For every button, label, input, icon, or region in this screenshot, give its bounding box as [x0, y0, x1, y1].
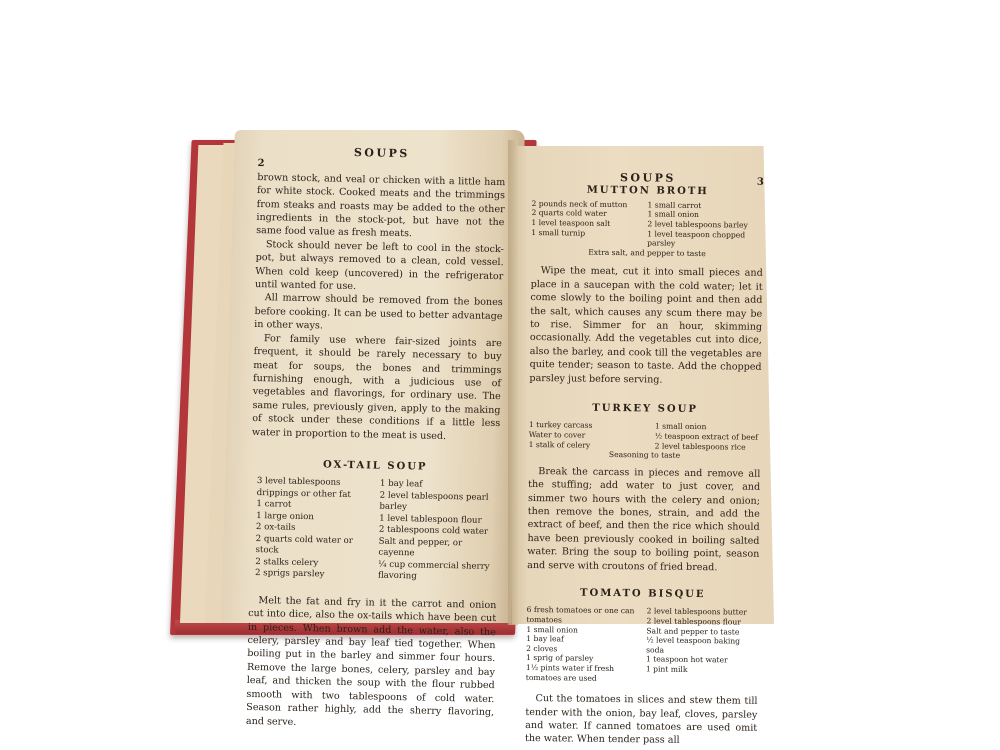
paragraph: Stock should never be left to cool in th… — [255, 238, 504, 297]
ingredient-item: 1½ pints water if fresh tomatoes are use… — [526, 663, 638, 684]
ingredients-column: 3 level tablespoons drippings or other f… — [255, 476, 370, 582]
ingredients-column: 1 turkey carcassWater to cover1 stalk of… — [529, 420, 635, 450]
ingredients-column: 1 bay leaf2 level tablespoons pearl barl… — [368, 479, 493, 585]
directions: Wipe the meat, cut it into small pieces … — [529, 264, 762, 387]
ingredient-list: 6 fresh tomatoes or one can tomatoes1 sm… — [526, 605, 759, 685]
ingredient-item: 3 level tablespoons drippings or other f… — [257, 476, 370, 501]
ingredient-list: 2 pounds neck of mutton2 quarts cold wat… — [531, 199, 764, 250]
running-head: SOUPS — [532, 170, 764, 186]
recipe-title: OX-TAIL SOUP — [251, 457, 499, 476]
ingredient-item: 1 level teaspoon chopped parsley — [647, 229, 763, 250]
ingredient-item: 2 quarts cold water or stock — [255, 534, 368, 559]
directions: Break the carcass in pieces and remove a… — [527, 465, 760, 575]
book-gutter — [508, 140, 518, 625]
directions: Melt the fat and fry in it the carrot an… — [246, 594, 497, 733]
page-number: 3 — [757, 176, 764, 189]
ingredient-item: ½ level teaspoon baking soda — [646, 636, 758, 657]
recipe-title: MUTTON BROTH — [532, 183, 764, 199]
recipe-title: TOMATO BISQUE — [527, 586, 759, 602]
paragraph: brown stock, and veal or chicken with a … — [256, 171, 505, 243]
left-page-text: SOUPS 2 brown stock, and veal or chicken… — [246, 144, 506, 733]
ingredients-column: 2 level tablespoons butter2 level tables… — [638, 607, 759, 685]
ingredients-column: 2 pounds neck of mutton2 quarts cold wat… — [531, 199, 648, 248]
ingredient-item: Salt and pepper, or cayenne — [378, 536, 491, 561]
paragraph: All marrow should be removed from the bo… — [254, 291, 503, 336]
ingredient-item: 1 stalk of celery — [529, 440, 635, 451]
ingredient-list: 3 level tablespoons drippings or other f… — [255, 476, 493, 584]
directions: Cut the tomatoes in slices and stew them… — [525, 692, 758, 748]
paragraph: For family use where fair-sized joints a… — [252, 332, 502, 444]
ingredient-item: 2 sprigs parsley — [255, 568, 368, 582]
ingredient-item: ¼ cup commercial sherry flavoring — [378, 559, 491, 584]
ingredient-list: 1 turkey carcassWater to cover1 stalk of… — [529, 420, 761, 452]
ingredients-column: 6 fresh tomatoes or one can tomatoes1 sm… — [526, 605, 639, 683]
ingredients-column: 1 small carrot1 small onion2 level table… — [647, 200, 764, 249]
recipe-title: TURKEY SOUP — [529, 401, 761, 417]
ingredient-item: 2 level tablespoons pearl barley — [379, 490, 492, 515]
ingredient-item: 1 pint milk — [646, 664, 758, 675]
right-page-text: SOUPS 3 MUTTON BROTH 2 pounds neck of mu… — [525, 170, 764, 749]
ingredients-column: 1 small onion½ teaspoon extract of beef2… — [635, 422, 761, 452]
ingredient-item: 1 small turnip — [531, 228, 647, 239]
ingredient-item: 6 fresh tomatoes or one can tomatoes — [526, 605, 638, 626]
